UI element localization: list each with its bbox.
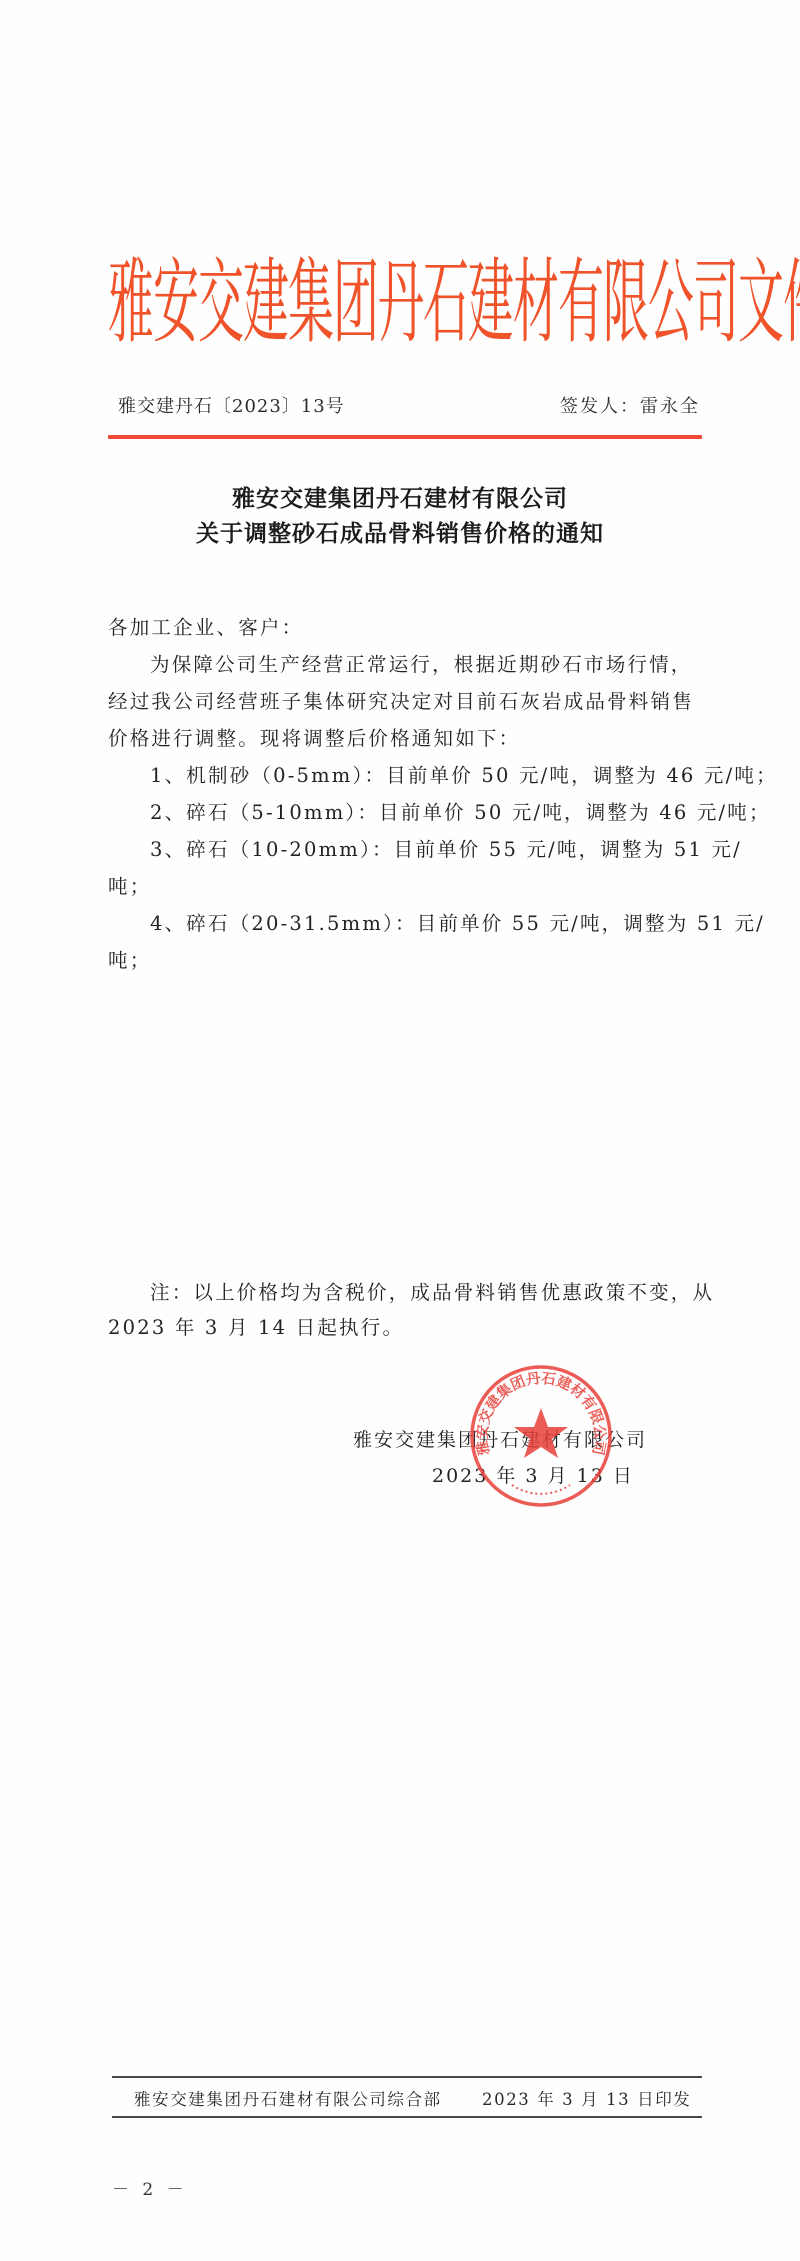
price-item-3-wrap: 吨； [108,871,151,899]
notice-title-line-1: 雅安交建集团丹石建材有限公司 [0,480,800,513]
document-number: 雅交建丹石〔2023〕13号 [118,392,345,418]
note-line-2: 2023 年 3 月 14 日起执行。 [108,1312,404,1340]
price-item-1: 1、机制砂（0-5mm）：目前单价 50 元/吨，调整为 46 元/吨； [150,760,778,788]
red-divider [108,435,702,439]
company-seal-icon: 雅安交建集团丹石建材有限公司 [468,1363,614,1509]
price-item-2: 2、碎石（5-10mm）：目前单价 50 元/吨，调整为 46 元/吨； [150,797,771,825]
price-item-3: 3、碎石（10-20mm）：目前单价 55 元/吨，调整为 51 元/ [150,834,742,862]
page-number: － 2 － [112,2175,188,2200]
price-item-4: 4、碎石（20-31.5mm）：目前单价 55 元/吨，调整为 51 元/ [150,908,765,936]
footer-print-date: 2023 年 3 月 13 日印发 [482,2086,691,2110]
note-line-1: 注：以上价格均为含税价，成品骨料销售优惠政策不变，从 [150,1277,714,1305]
notice-title-line-2: 关于调整砂石成品骨料销售价格的通知 [0,515,800,548]
intro-line: 价格进行调整。现将调整后价格通知如下： [108,723,520,751]
salutation: 各加工企业、客户： [108,612,303,640]
footer-rule-bottom [112,2116,702,2118]
intro-line: 经过我公司经营班子集体研究决定对目前石灰岩成品骨料销售 [108,686,694,714]
masthead-title: 雅安交建集团丹石建材有限公司文件 [108,230,702,362]
footer-department: 雅安交建集团丹石建材有限公司综合部 [134,2086,442,2110]
document-page: 雅安交建集团丹石建材有限公司文件 雅交建丹石〔2023〕13号 签发人：雷永全 … [0,0,800,2261]
footer-rule-top [112,2076,702,2078]
issuer: 签发人：雷永全 [560,392,700,418]
intro-line: 为保障公司生产经营正常运行，根据近期砂石市场行情， [150,649,693,677]
price-item-4-wrap: 吨； [108,945,151,973]
masthead: 雅安交建集团丹石建材有限公司文件 [108,238,702,353]
